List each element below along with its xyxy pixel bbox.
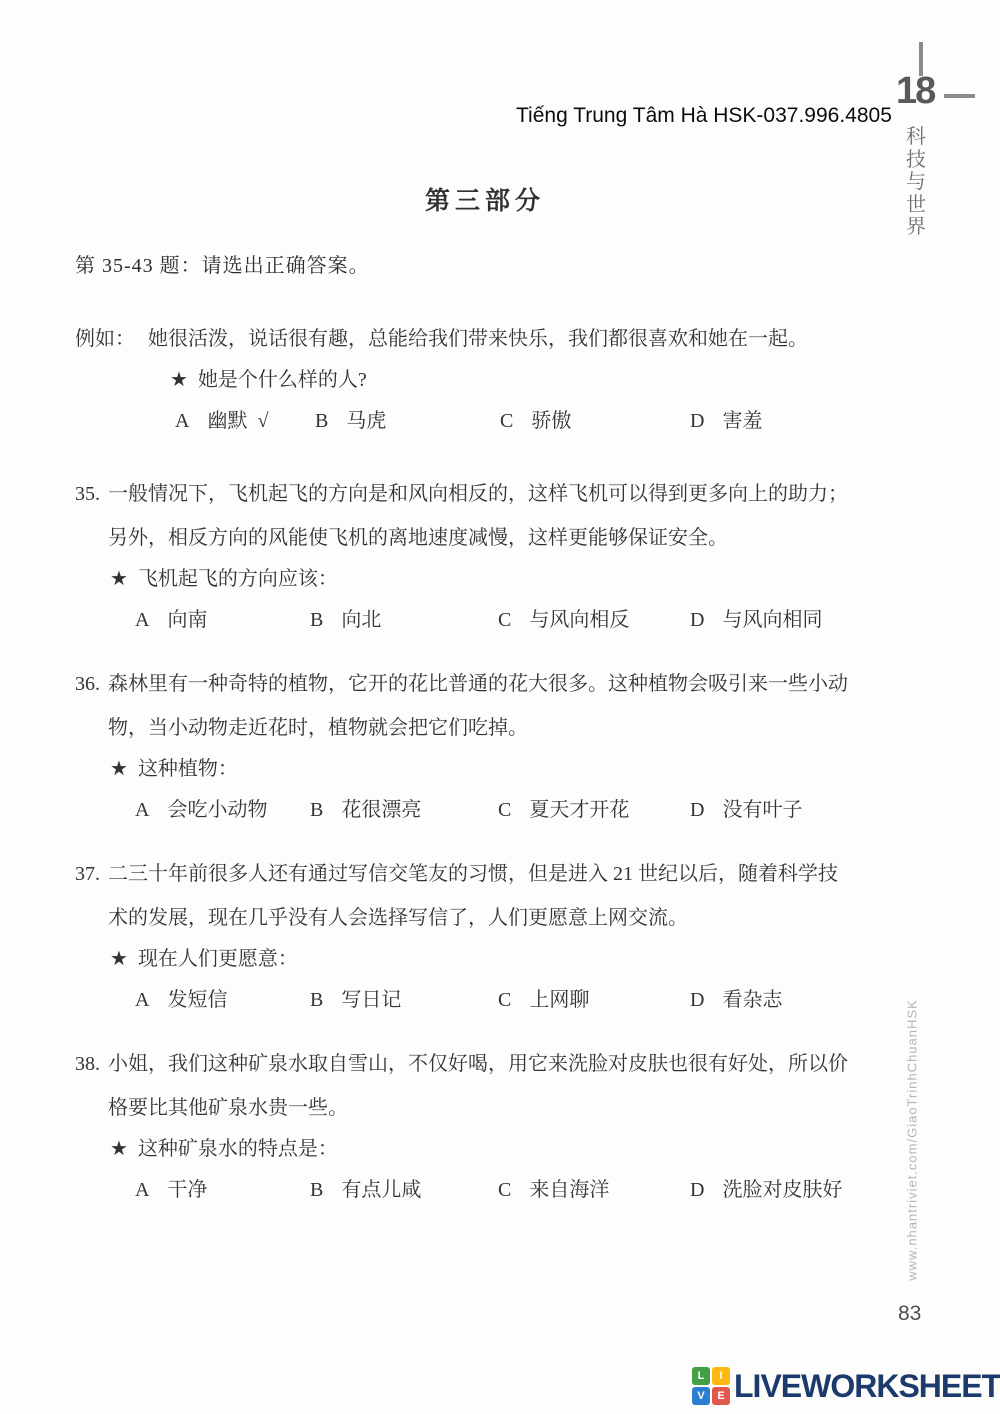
question-options: A 干净 B 有点儿咸 C 来自海洋 D 洗脸对皮肤好: [75, 1168, 907, 1212]
option-letter: D: [690, 1168, 704, 1212]
option-text: 会吃小动物: [167, 788, 267, 832]
option-letter: D: [690, 978, 704, 1022]
option-letter: D: [690, 788, 704, 832]
option-letter: B: [310, 598, 323, 642]
page-number: 83: [898, 1302, 921, 1326]
question-options: A 发短信 B 写日记 C 上网聊 D 看杂志: [75, 978, 907, 1022]
option-letter: D: [690, 598, 704, 642]
worksheet-page: Tiếng Trung Tâm Hà HSK-037.996.4805 18 科…: [0, 0, 1000, 1414]
option-letter: B: [310, 788, 323, 832]
question-passage: 35. 一般情况下，飞机起飞的方向是和风向相反的，这样飞机可以得到更多向上的助力…: [75, 472, 907, 560]
option-text: 与风向相同: [722, 598, 822, 642]
question-options: A 会吃小动物 B 花很漂亮 C 夏天才开花 D 没有叶子: [75, 788, 907, 832]
option-letter: C: [498, 978, 511, 1022]
option-letter: C: [498, 788, 511, 832]
option-letter: C: [500, 399, 513, 443]
example-passage: 例如： 她很活泼，说话很有趣，总能给我们带来快乐，我们都很喜欢和她在一起。: [75, 317, 907, 361]
option-c[interactable]: C 夏天才开花: [498, 788, 690, 832]
liveworksheets-logo-icon: L I V E: [692, 1367, 730, 1405]
option-letter: A: [135, 1168, 149, 1212]
logo-tile-v: V: [692, 1387, 710, 1405]
passage-line: 物，当小动物走近花时，植物就会把它们吃掉。: [75, 706, 907, 750]
question-prompt-text: 这种矿泉水的特点是：: [138, 1138, 338, 1160]
option-text: 夏天才开花: [529, 788, 629, 832]
option-text: 骄傲: [531, 399, 571, 443]
option-letter: D: [690, 399, 704, 443]
option-letter: A: [135, 978, 149, 1022]
content-column: 第 35-43 题：请选出正确答案。 例如： 她很活泼，说话很有趣，总能给我们带…: [75, 252, 907, 1212]
option-d[interactable]: D 没有叶子: [690, 788, 907, 832]
option-text: 看杂志: [722, 978, 782, 1022]
option-d[interactable]: D 与风向相同: [690, 598, 907, 642]
example-option-d[interactable]: D 害羞: [690, 399, 907, 443]
passage-line: 格要比其他矿泉水贵一些。: [75, 1086, 907, 1130]
example-label: 例如：: [75, 317, 148, 361]
passage-line: 小姐，我们这种矿泉水取自雪山，不仅好喝，用它来洗脸对皮肤也很有好处，所以价: [75, 1042, 907, 1086]
star-icon: ★: [110, 758, 128, 780]
option-text: 干净: [167, 1168, 207, 1212]
question-options: A 向南 B 向北 C 与风向相反 D 与风向相同: [75, 598, 907, 642]
option-b[interactable]: B 花很漂亮: [310, 788, 498, 832]
passage-line: 二三十年前很多人还有通过写信交笔友的习惯，但是进入 21 世纪以后，随着科学技: [75, 852, 907, 896]
header-watermark: Tiếng Trung Tâm Hà HSK-037.996.4805: [516, 104, 892, 128]
option-text: 有点儿咸: [341, 1168, 421, 1212]
chapter-title-char: 界: [902, 216, 930, 239]
passage-line: 森林里有一种奇特的植物，它开的花比普通的花大很多。这种植物会吸引来一些小动: [75, 662, 907, 706]
option-a[interactable]: A 干净: [135, 1168, 310, 1212]
option-text: 没有叶子: [722, 788, 802, 832]
instructions: 第 35-43 题：请选出正确答案。: [75, 252, 907, 280]
option-d[interactable]: D 洗脸对皮肤好: [690, 1168, 907, 1212]
chapter-tab-dash: [944, 94, 975, 98]
question-prompt-text: 现在人们更愿意：: [138, 948, 298, 970]
question-passage: 36. 森林里有一种奇特的植物，它开的花比普通的花大很多。这种植物会吸引来一些小…: [75, 662, 907, 750]
section-title: 第三部分: [0, 181, 970, 217]
option-c[interactable]: C 上网聊: [498, 978, 690, 1022]
question-number: 37.: [75, 852, 100, 896]
question-prompt-line: ★现在人们更愿意：: [75, 940, 907, 978]
logo-tile-l: L: [692, 1367, 710, 1385]
passage-line: 一般情况下，飞机起飞的方向是和风向相反的，这样飞机可以得到更多向上的助力；: [75, 472, 907, 516]
option-letter: A: [175, 399, 189, 443]
star-icon: ★: [170, 369, 188, 391]
example-options: A 幽默 √ B 马虎 C 骄傲 D 害羞: [75, 399, 907, 443]
question-prompt-text: 飞机起飞的方向应该：: [138, 568, 338, 590]
option-letter: B: [310, 978, 323, 1022]
option-c[interactable]: C 与风向相反: [498, 598, 690, 642]
option-a[interactable]: A 发短信: [135, 978, 310, 1022]
chapter-title-char: 科: [902, 126, 930, 149]
option-letter: C: [498, 1168, 511, 1212]
liveworksheets-logo: L I V E LIVEWORKSHEETS: [692, 1367, 1000, 1405]
option-text: 害羞: [722, 399, 762, 443]
option-text: 马虎: [346, 399, 386, 443]
example-question-text: 她是个什么样的人?: [198, 369, 367, 391]
question-number: 38.: [75, 1042, 100, 1086]
option-c[interactable]: C 来自海洋: [498, 1168, 690, 1212]
chapter-title-char: 技: [902, 149, 930, 172]
question-number: 35.: [75, 472, 100, 516]
passage-line: 另外，相反方向的风能使飞机的离地速度减慢，这样更能够保证安全。: [75, 516, 907, 560]
question-number: 36.: [75, 662, 100, 706]
option-text: 向北: [341, 598, 381, 642]
option-text: 花很漂亮: [341, 788, 421, 832]
question-36: 36. 森林里有一种奇特的植物，它开的花比普通的花大很多。这种植物会吸引来一些小…: [75, 662, 907, 832]
option-a[interactable]: A 向南: [135, 598, 310, 642]
option-text: 幽默: [207, 399, 247, 443]
chapter-number: 18: [896, 70, 934, 113]
option-letter: A: [135, 788, 149, 832]
example-option-b[interactable]: B 马虎: [315, 399, 500, 443]
option-text: 上网聊: [529, 978, 589, 1022]
option-text: 发短信: [167, 978, 227, 1022]
example-option-a[interactable]: A 幽默 √: [175, 399, 315, 443]
option-text: 向南: [167, 598, 207, 642]
question-prompt-text: 这种植物：: [138, 758, 238, 780]
option-text: 写日记: [341, 978, 401, 1022]
passage-line: 术的发展，现在几乎没有人会选择写信了，人们更愿意上网交流。: [75, 896, 907, 940]
option-letter: B: [315, 399, 328, 443]
logo-tile-e: E: [712, 1387, 730, 1405]
question-prompt-line: ★飞机起飞的方向应该：: [75, 560, 907, 598]
option-text: 洗脸对皮肤好: [722, 1168, 842, 1212]
option-letter: A: [135, 598, 149, 642]
star-icon: ★: [110, 568, 128, 590]
question-prompt-line: ★这种植物：: [75, 750, 907, 788]
option-text: 与风向相反: [529, 598, 629, 642]
option-b[interactable]: B 有点儿咸: [310, 1168, 498, 1212]
checkmark-icon: √: [257, 399, 268, 443]
option-text: 来自海洋: [529, 1168, 609, 1212]
example-block: 例如： 她很活泼，说话很有趣，总能给我们带来快乐，我们都很喜欢和她在一起。 ★她…: [75, 317, 907, 443]
logo-tile-i: I: [712, 1367, 730, 1385]
star-icon: ★: [110, 948, 128, 970]
example-passage-text: 她很活泼，说话很有趣，总能给我们带来快乐，我们都很喜欢和她在一起。: [148, 317, 808, 361]
question-38: 38. 小姐，我们这种矿泉水取自雪山，不仅好喝，用它来洗脸对皮肤也很有好处，所以…: [75, 1042, 907, 1212]
example-option-c[interactable]: C 骄傲: [500, 399, 690, 443]
star-icon: ★: [110, 1138, 128, 1160]
option-letter: C: [498, 598, 511, 642]
option-a[interactable]: A 会吃小动物: [135, 788, 310, 832]
question-passage: 38. 小姐，我们这种矿泉水取自雪山，不仅好喝，用它来洗脸对皮肤也很有好处，所以…: [75, 1042, 907, 1130]
question-prompt-line: ★这种矿泉水的特点是：: [75, 1130, 907, 1168]
question-35: 35. 一般情况下，飞机起飞的方向是和风向相反的，这样飞机可以得到更多向上的助力…: [75, 472, 907, 642]
example-question-line: ★她是个什么样的人?: [75, 361, 907, 399]
option-b[interactable]: B 写日记: [310, 978, 498, 1022]
question-passage: 37. 二三十年前很多人还有通过写信交笔友的习惯，但是进入 21 世纪以后，随着…: [75, 852, 907, 940]
logo-wordmark: LIVEWORKSHEETS: [734, 1367, 1000, 1405]
option-d[interactable]: D 看杂志: [690, 978, 907, 1022]
option-b[interactable]: B 向北: [310, 598, 498, 642]
side-watermark: www.nhantriviet.com/GiaoTrinhChuanHSK: [905, 999, 920, 1280]
question-37: 37. 二三十年前很多人还有通过写信交笔友的习惯，但是进入 21 世纪以后，随着…: [75, 852, 907, 1022]
option-letter: B: [310, 1168, 323, 1212]
